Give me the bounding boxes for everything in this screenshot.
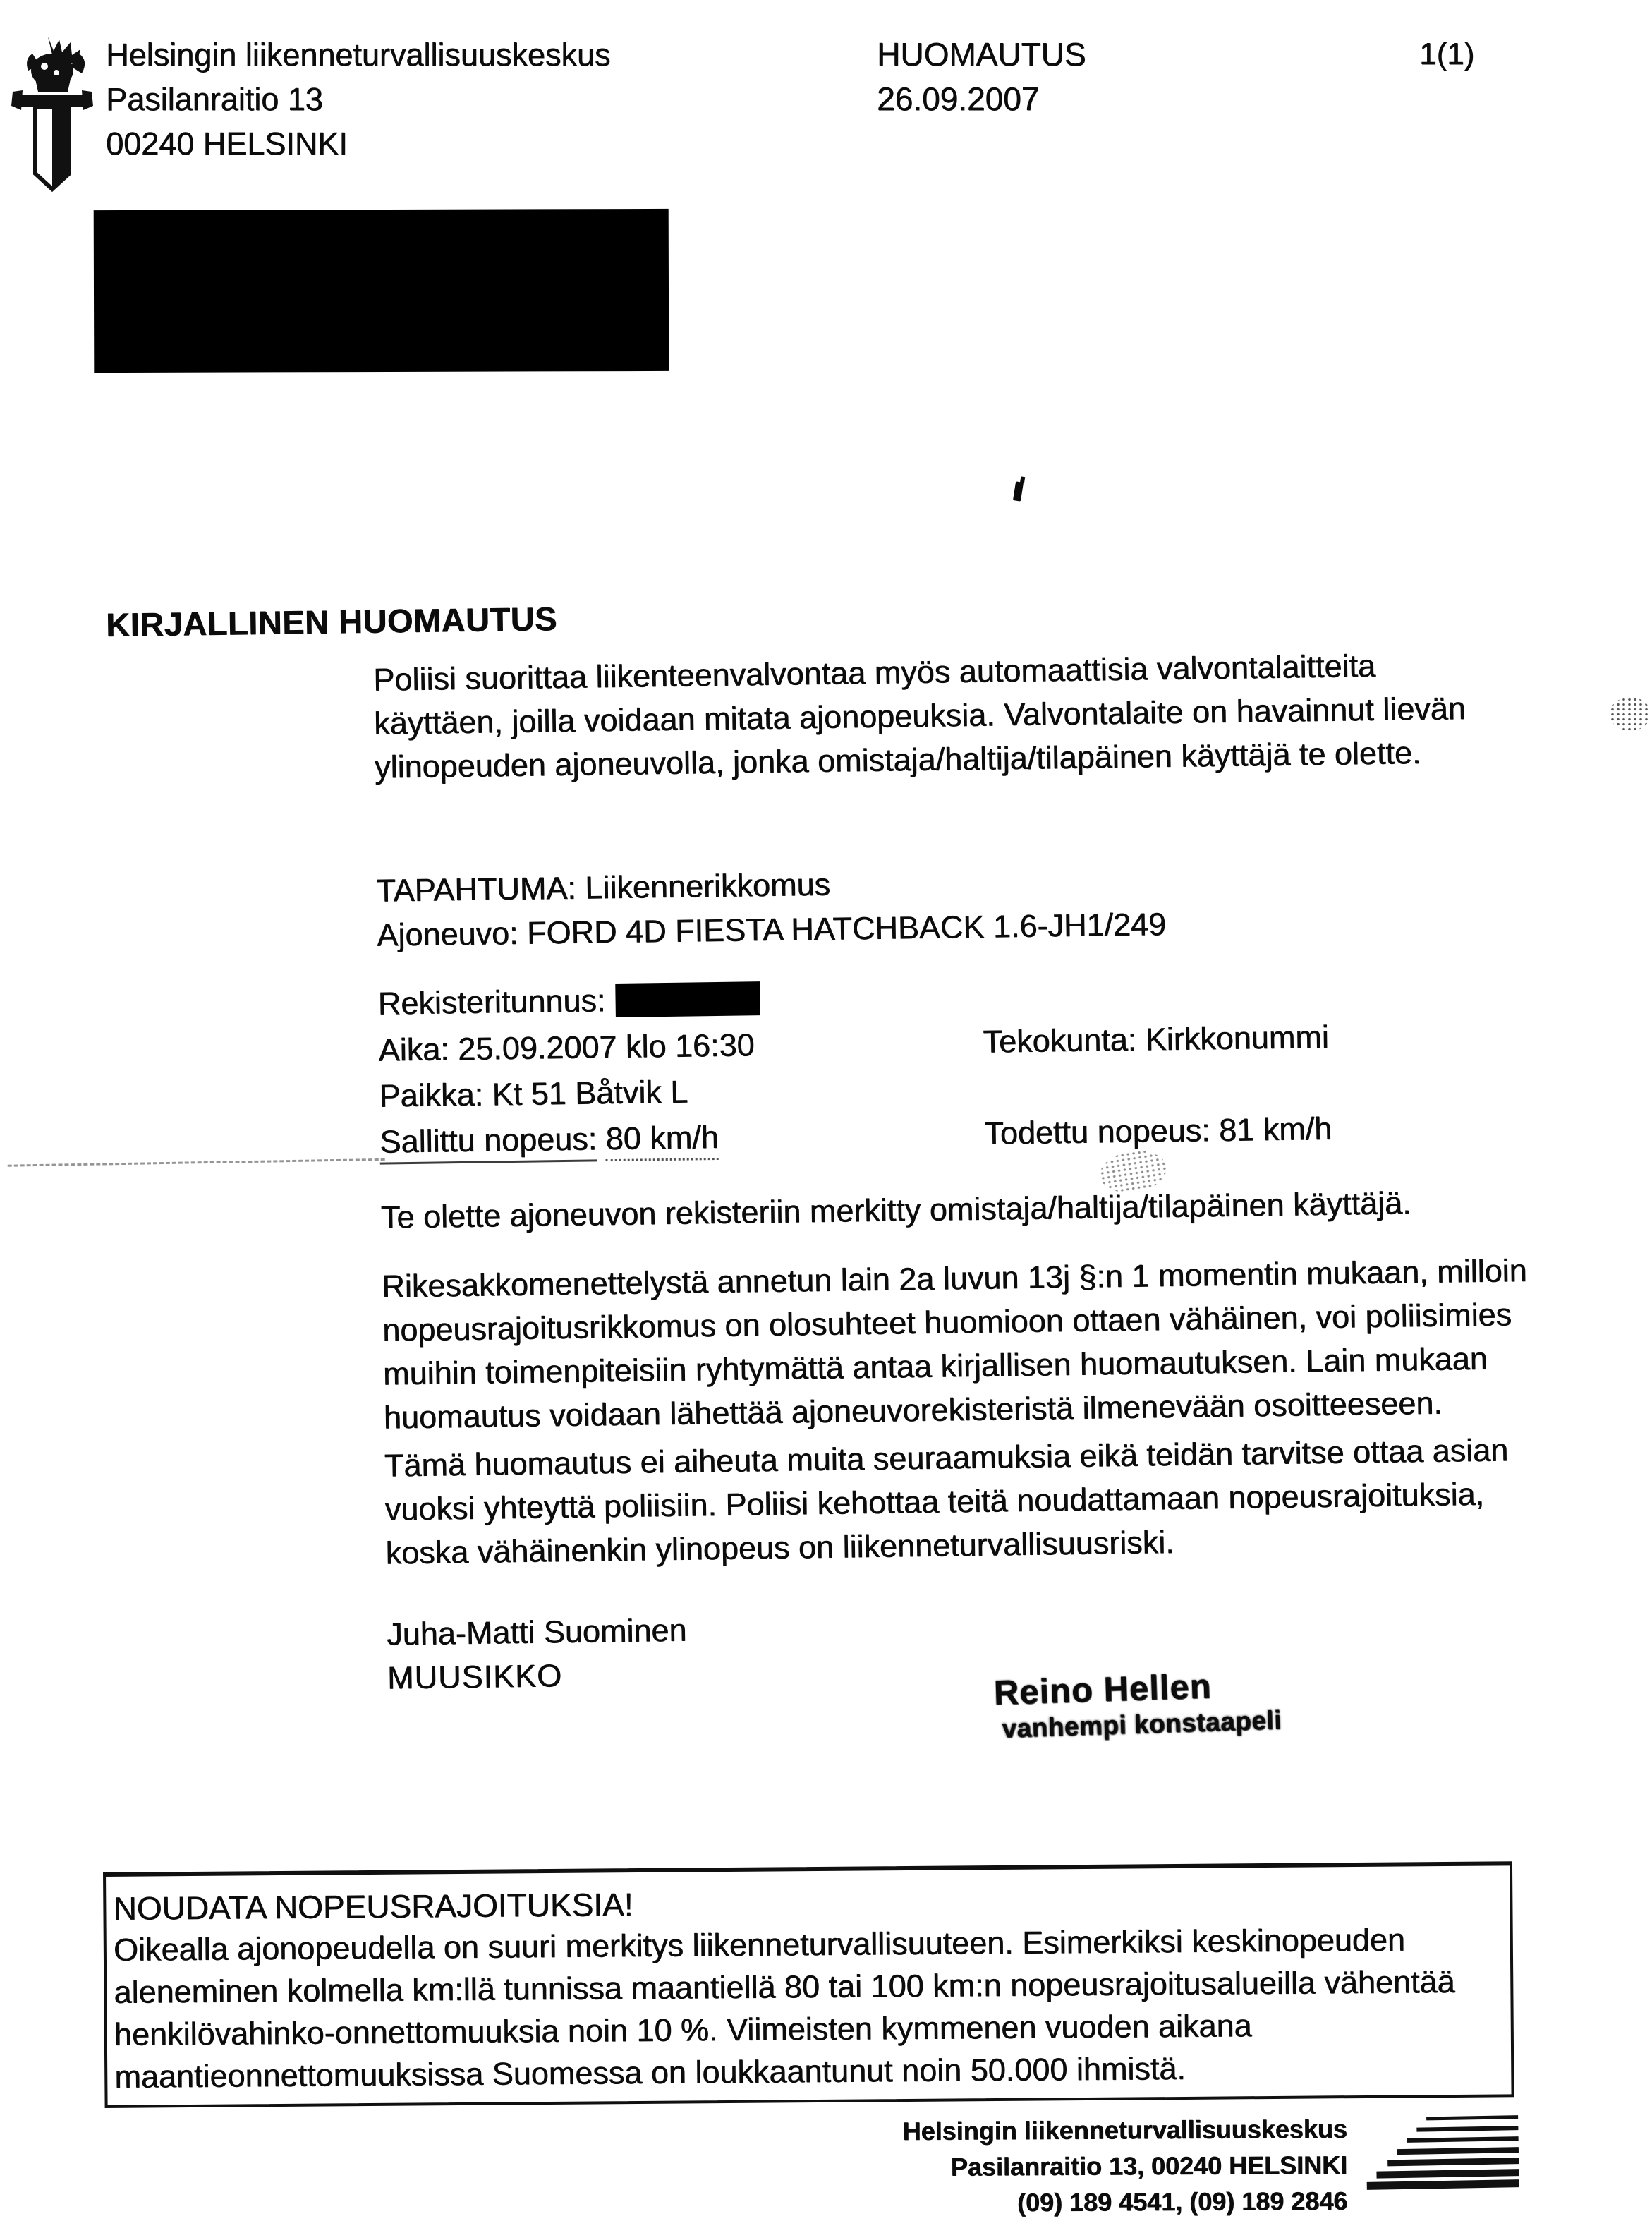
letter-title: KIRJALLINEN HUOMAUTUS — [106, 599, 557, 644]
measured-speed-value: 81 km/h — [1219, 1111, 1332, 1148]
place-value: Kt 51 Båtvik L — [492, 1074, 688, 1113]
measured-speed-row: Todettu nopeus: 81 km/h — [984, 1111, 1332, 1152]
redaction-block-registration — [615, 981, 760, 1017]
paragraph-law: Rikesakkomenettelystä annetun lain 2a lu… — [382, 1249, 1529, 1440]
footer-phones: (09) 189 4541, (09) 189 2846 — [741, 2183, 1347, 2222]
allowed-speed-row: Sallittu nopeus: 80 km/h — [379, 1119, 719, 1161]
paragraph-no-effect: Tämä huomautus ei aiheuta muita seuraamu… — [384, 1428, 1510, 1575]
measured-speed-label: Todettu nopeus: — [984, 1112, 1210, 1151]
incident-label: TAPAHTUMA: — [376, 870, 576, 909]
paragraph-intro: Poliisi suorittaa liikenteenvalvontaa my… — [373, 643, 1466, 789]
municipality-value: Kirkkonummi — [1145, 1019, 1329, 1058]
stripes-staircase-logo-icon — [1364, 2114, 1524, 2194]
place-label: Paikka: — [379, 1077, 483, 1114]
incident-row: TAPAHTUMA: Liikennerikkomus — [376, 866, 830, 909]
notice-box-body: Oikealla ajonopeudella on suuri merkitys… — [114, 1918, 1502, 2098]
letter-body: KIRJALLINEN HUOMAUTUS Poliisi suorittaa … — [0, 0, 1652, 1836]
registration-row: Rekisteritunnus: — [377, 980, 760, 1022]
footer-address-block: Helsingin liikenneturvallisuuskeskus Pas… — [741, 2111, 1348, 2222]
issuer-name: Juha-Matti Suominen — [387, 1612, 687, 1653]
vehicle-value: FORD 4D FIESTA HATCHBACK 1.6-JH1/249 — [527, 906, 1167, 951]
vehicle-label: Ajoneuvo: — [377, 915, 518, 953]
allowed-speed-value: 80 km/h — [605, 1119, 719, 1161]
speed-limit-notice-box: NOUDATA NOPEUSRAJOITUKSIA! Oikealla ajon… — [103, 1861, 1514, 2108]
registration-label: Rekisteritunnus: — [377, 982, 605, 1022]
time-label: Aika: — [378, 1031, 449, 1067]
footer-address: Pasilanraitio 13, 00240 HELSINKI — [741, 2147, 1347, 2186]
allowed-speed-label: Sallittu nopeus: — [379, 1120, 597, 1164]
officer-stamp: Reino Hellen vanhempi konstaapeli — [993, 1664, 1282, 1744]
incident-value: Liikennerikkomus — [585, 866, 830, 906]
time-value: 25.09.2007 klo 16:30 — [458, 1027, 755, 1067]
scan-dash-line — [8, 1158, 385, 1167]
paragraph-owner: Te olette ajoneuvon rekisteriin merkitty… — [380, 1181, 1411, 1239]
municipality-row: Tekokunta: Kirkkonummi — [983, 1019, 1329, 1060]
vehicle-row: Ajoneuvo: FORD 4D FIESTA HATCHBACK 1.6-J… — [377, 906, 1166, 954]
municipality-label: Tekokunta: — [983, 1022, 1136, 1060]
place-row: Paikka: Kt 51 Båtvik L — [379, 1074, 688, 1115]
issuer-title: MUUSIKKO — [387, 1657, 563, 1696]
footer-org: Helsingin liikenneturvallisuuskeskus — [741, 2111, 1347, 2150]
scanned-letter-page: Helsingin liikenneturvallisuuskeskus Pas… — [0, 0, 1652, 2233]
time-row: Aika: 25.09.2007 klo 16:30 — [378, 1027, 755, 1068]
officer-name: Reino Hellen — [993, 1664, 1281, 1713]
